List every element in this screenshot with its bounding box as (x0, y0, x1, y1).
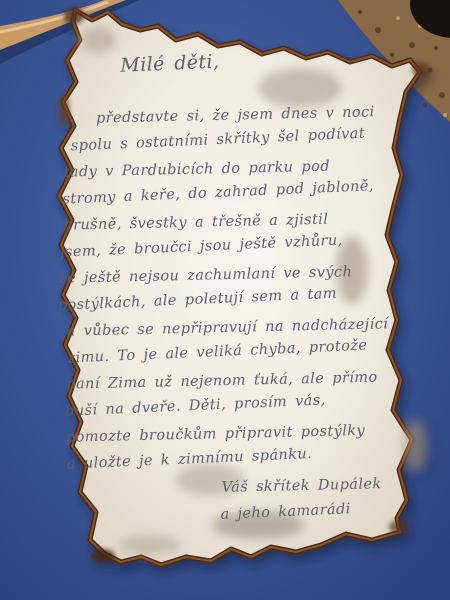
photo-of-burnt-letter: Milé děti, představte si, že jsem dnes v… (0, 0, 450, 600)
handwritten-letter: Milé děti, představte si, že jsem dnes v… (50, 44, 427, 533)
